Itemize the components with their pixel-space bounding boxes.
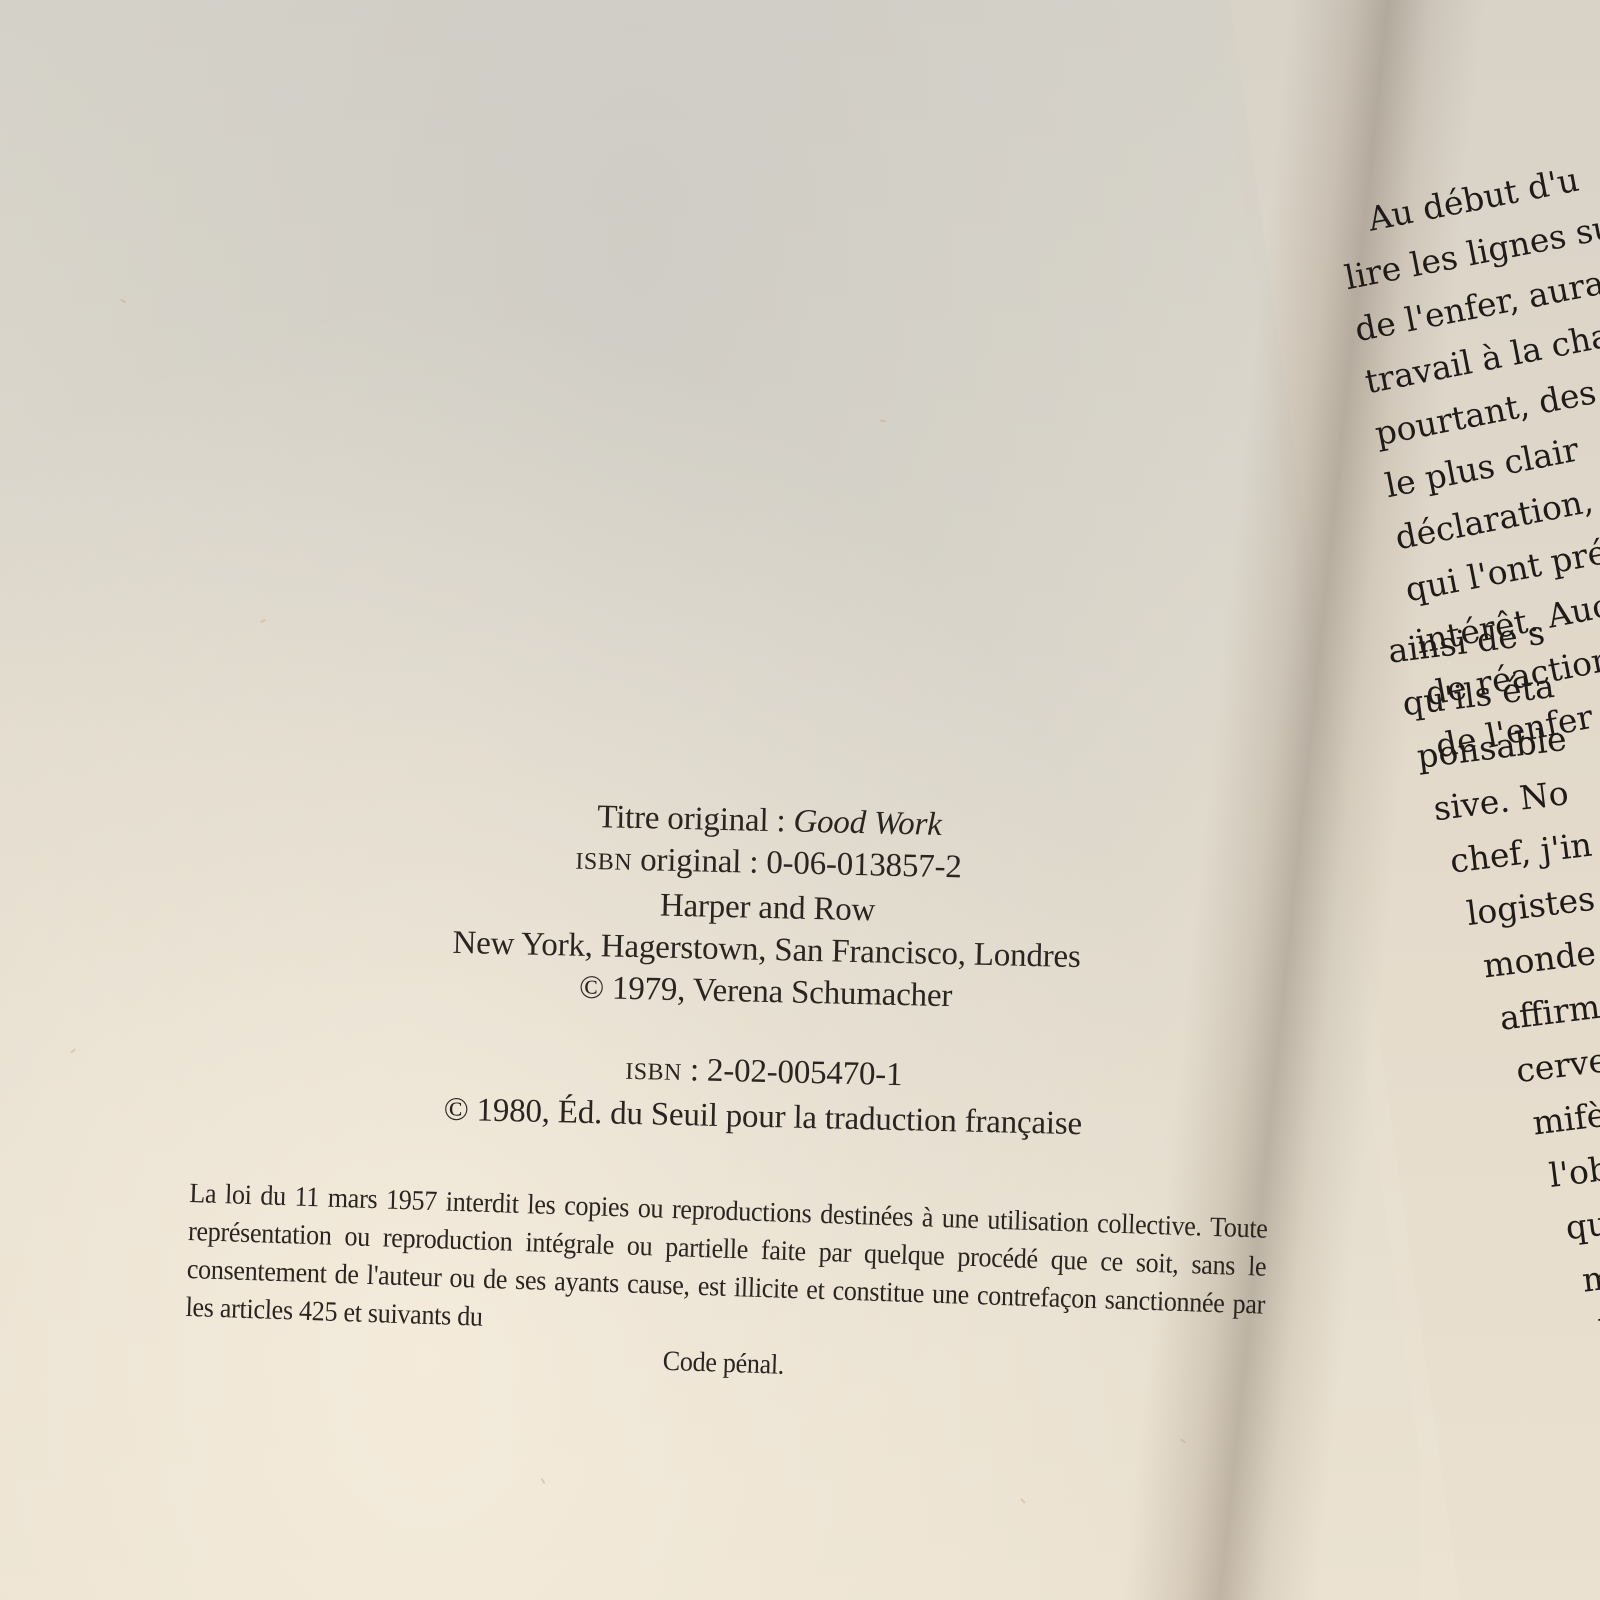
legal-notice: La loi du 11 mars 1957 interdit les copi… bbox=[184, 1175, 1269, 1401]
original-title-value: Good Work bbox=[793, 804, 942, 843]
isbn-value: : 2-02-005470-1 bbox=[682, 1052, 903, 1093]
isbn-original-value: original : 0-06-013857-2 bbox=[632, 842, 962, 885]
open-book-photo: Titre original : Good Work ISBN original… bbox=[0, 0, 1600, 1600]
isbn-original-prefix: ISBN bbox=[575, 849, 632, 876]
isbn-prefix: ISBN bbox=[625, 1059, 682, 1086]
colophon-block: Titre original : Good Work ISBN original… bbox=[372, 791, 1159, 1147]
original-title-label: Titre original : bbox=[597, 799, 794, 839]
